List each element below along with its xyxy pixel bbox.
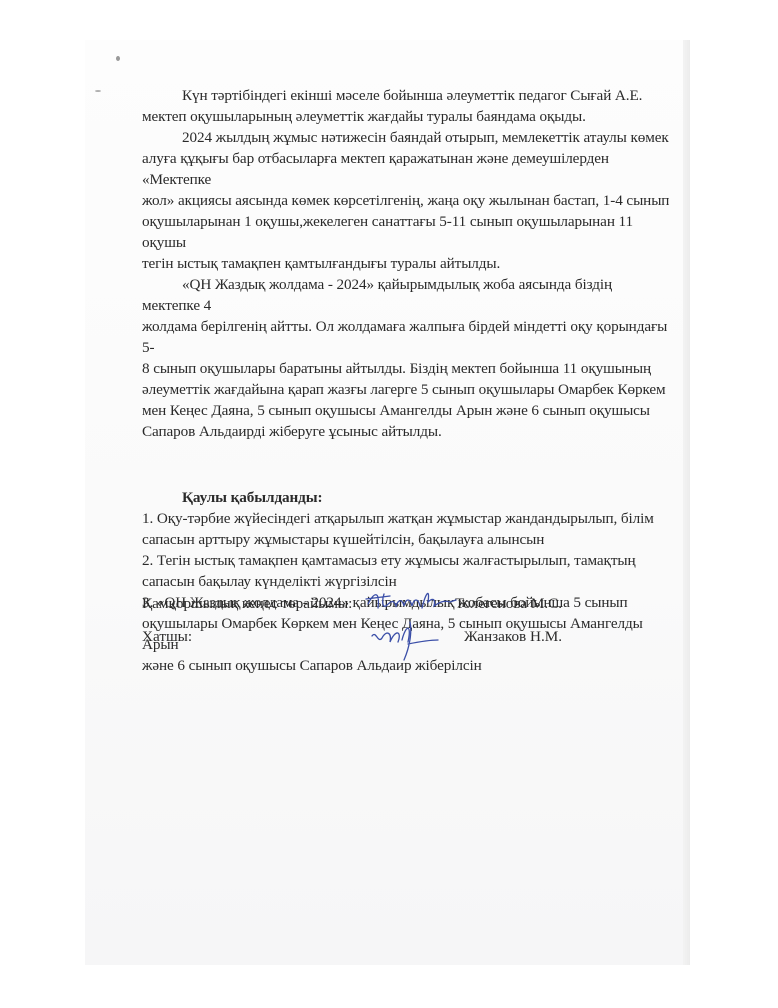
text-line: сапасын бақылау күнделікті жүргізілсін [142,573,397,590]
text-line: 2024 жылдың жұмыс нәтижесін баяндай отыр… [182,129,669,146]
paragraph-summer-voucher: «QH Жаздық жолдама - 2024» қайырымдылық … [142,274,672,442]
text-line: сапасын арттыру жұмыстары күшейтілсін, б… [142,531,544,548]
resolution-heading: Қаулы қабылданды: [142,487,672,508]
paragraph-2024-results: 2024 жылдың жұмыс нәтижесін баяндай отыр… [142,127,672,274]
page-edge-shadow [683,40,690,965]
text-line: тегін ыстық тамақпен қамтылғандығы турал… [142,255,500,272]
text-line: оқушыларынан 1 оқушы,жекелеген санаттағы… [142,213,633,251]
text-line: мен Кеңес Даяна, 5 сынып оқушысы Амангел… [142,402,650,419]
text-line: 1. Оқу-тәрбие жүйесіндегі атқарылып жатқ… [142,510,654,527]
resolution-item-1: 1. Оқу-тәрбие жүйесіндегі атқарылып жатқ… [142,508,672,550]
signatory-name: Толегенова М.С. [455,595,562,613]
scan-speck [95,90,101,92]
signatory-role: Хатшы: [142,628,192,646]
text-line: жол» акциясы аясында көмек көрсетілгенің… [142,192,669,209]
text-line: Сапаров Альдаирді жіберуге ұсыныс айтылд… [142,423,442,440]
text-line: жолдама берілгенің айтты. Ол жолдамаға ж… [142,318,667,356]
text-line: Күн тәртібіндегі екінші мәселе бойынша ә… [182,87,642,104]
paragraph-report-intro: Күн тәртібіндегі екінші мәселе бойынша ә… [142,85,672,127]
text-line: «QH Жаздық жолдама - 2024» қайырымдылық … [142,276,612,314]
handwritten-signature-icon [368,614,440,662]
handwritten-signature-icon [364,586,458,616]
text-line: мектеп оқушыларының әлеуметтік жағдайы т… [142,108,586,125]
text-line: 8 сынып оқушылары баратыны айтылды. Бізд… [142,360,651,377]
signatory-name: Жанзаков Н.М. [464,628,562,646]
text-line: әлеуметтік жағдайына қарап жазғы лагерге… [142,381,666,398]
text-line: алуға құқығы бар отбасыларға мектеп қара… [142,150,609,188]
text-line: 2. Тегін ыстық тамақпен қамтамасыз ету ж… [142,552,636,569]
scan-speck [116,56,120,61]
signatory-role: Қамқоршылық кеңес төрайымы: [142,595,352,613]
